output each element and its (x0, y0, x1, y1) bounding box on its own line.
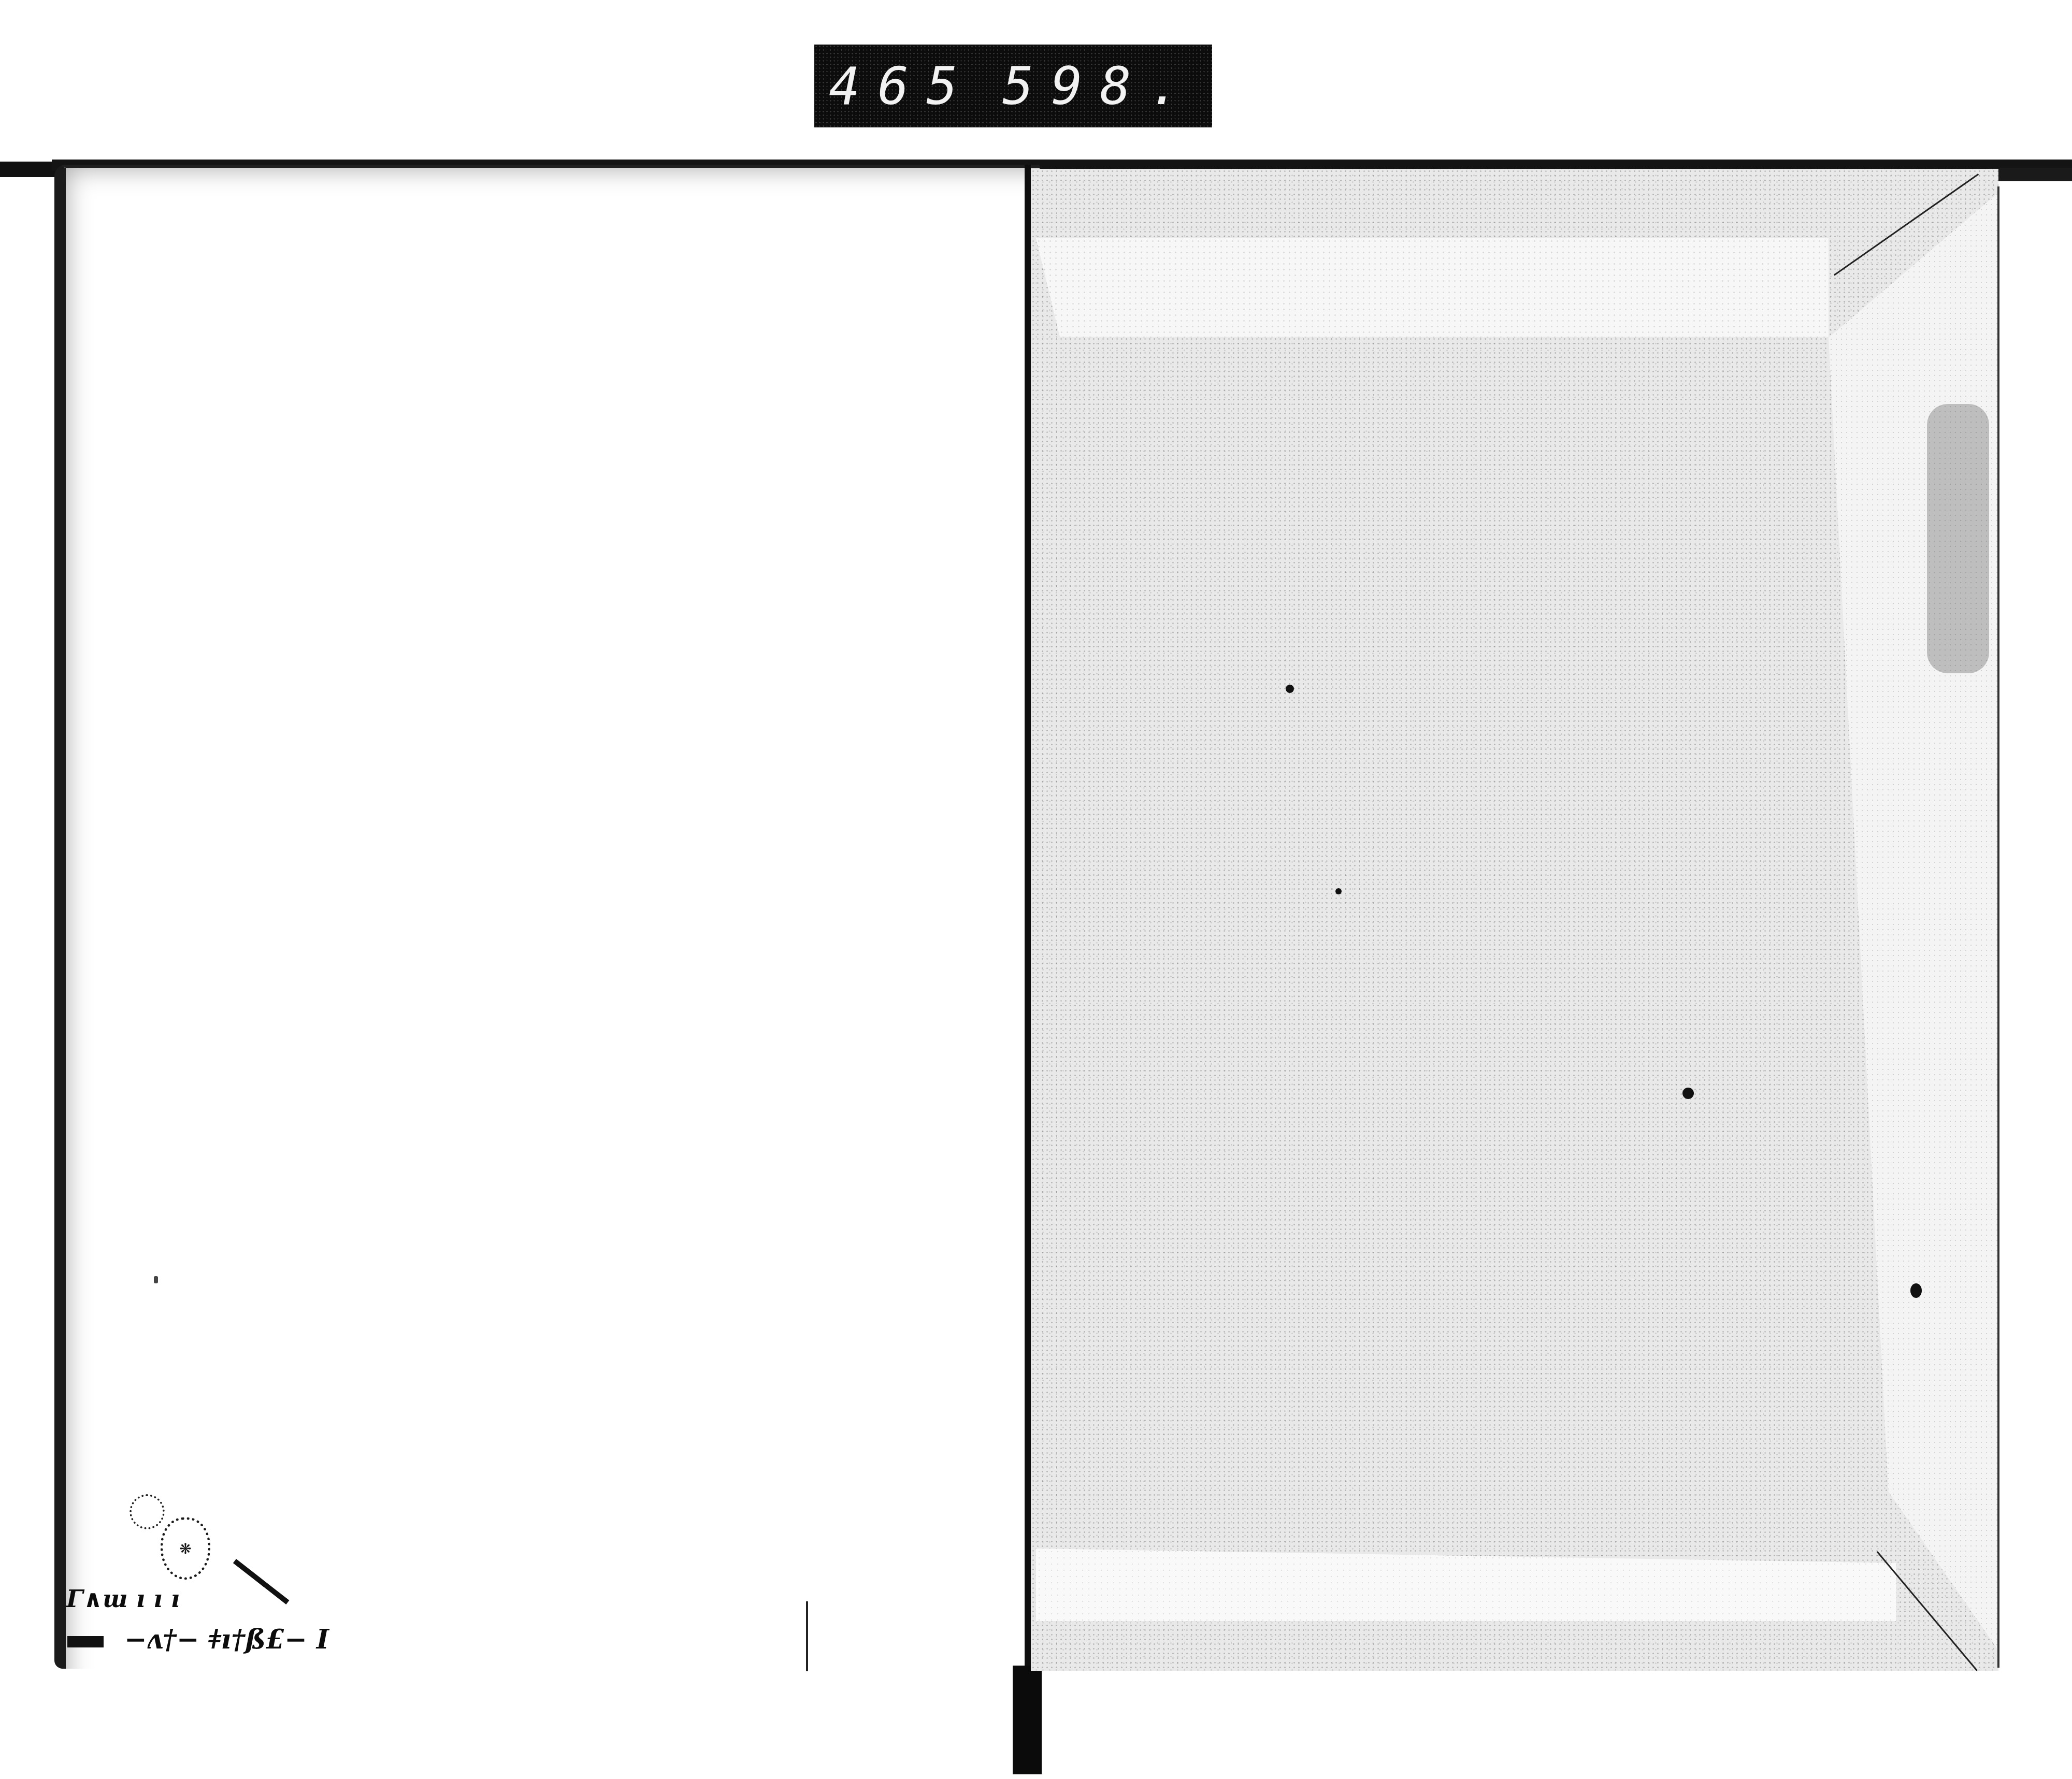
cover-turn-in-top (1036, 238, 1829, 337)
seal-icon: ❋ (179, 1540, 191, 1557)
handwritten-note-2-text: −ʌ†− ǂı†ß£− Ι (124, 1624, 329, 1655)
scan-edge-left (0, 162, 57, 177)
film-frame-label: 465 598. (814, 45, 1212, 127)
library-seal-stamp: ❋ (161, 1517, 210, 1580)
left-page-flyleaf (54, 165, 1040, 1669)
board-edge (1997, 186, 1999, 1668)
paper-speck (154, 1276, 158, 1283)
handwritten-note-2: −ʌ†− ǂı†ß£− Ι (67, 1624, 329, 1655)
stamp-crown-icon (129, 1494, 165, 1529)
page-slip-edge (806, 1601, 808, 1671)
ink-bar (67, 1636, 104, 1647)
ink-spot (1910, 1283, 1922, 1298)
scan-edge-right (1989, 168, 2072, 181)
handwritten-note-1: Γ∧ɯ ı ı ı (66, 1585, 180, 1613)
gutter-shadow (1013, 1666, 1042, 1774)
book-gutter (1025, 165, 1031, 1667)
ink-spot (1682, 1088, 1694, 1099)
reel-number: 465 (829, 56, 975, 117)
ink-spot (1335, 888, 1342, 894)
ink-spot (1286, 685, 1294, 693)
frame-number: 598. (1002, 56, 1198, 117)
stain (1927, 404, 1989, 673)
